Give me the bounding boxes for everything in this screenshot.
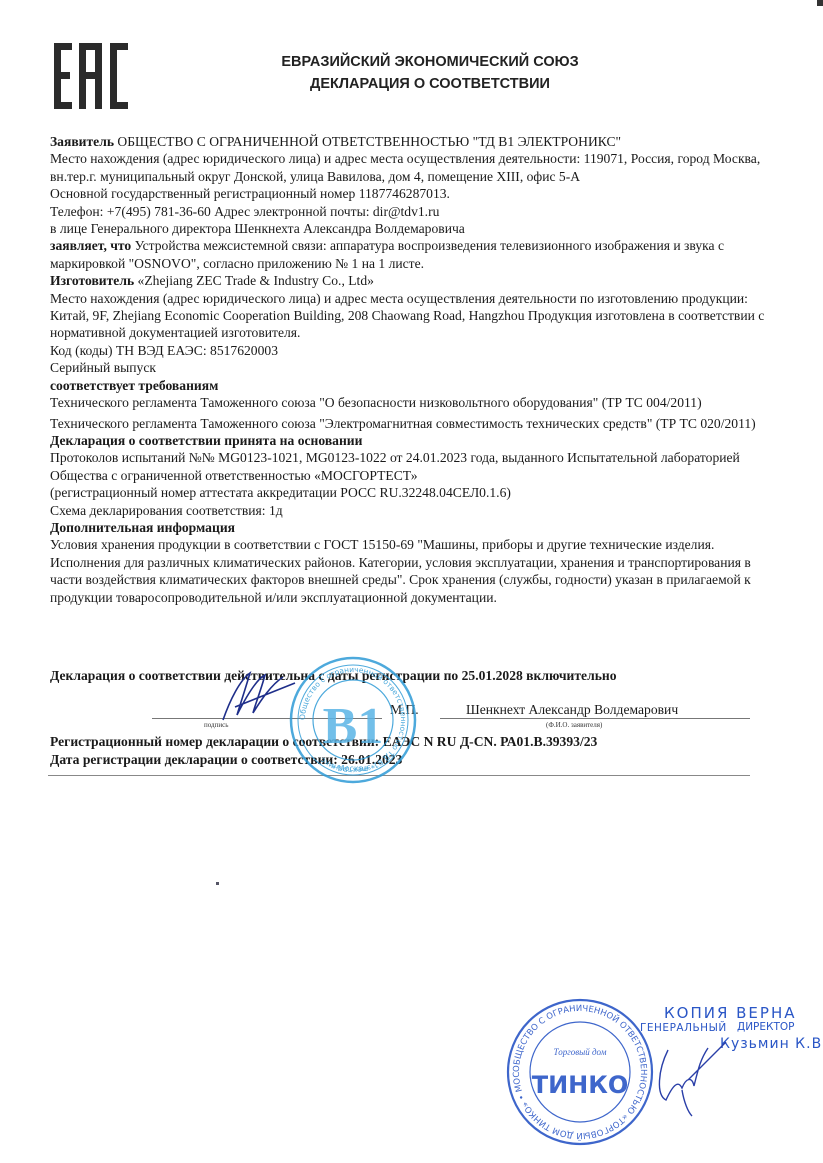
svg-text:B1: B1 [323,698,384,755]
basis-scheme: Схема декларирования соответствия: 1д [50,502,770,519]
basis-protocols: Протоколов испытаний №№ MG0123-1021, MG0… [50,449,770,484]
scan-corner-mark [817,0,823,6]
manufacturer-name: «Zhejiang ZEC Trade & Industry Co., Ltd» [134,273,374,288]
scan-speck [216,882,219,885]
general-label: ГЕНЕРАЛЬНЫЙ [640,1022,727,1034]
declares-line: заявляет, что Устройства межсистемной св… [50,237,770,272]
applicant-name: ОБЩЕСТВО С ОГРАНИЧЕННОЙ ОТВЕТСТВЕННОСТЬЮ… [114,134,621,149]
applicant-line: Заявитель ОБЩЕСТВО С ОГРАНИЧЕННОЙ ОТВЕТС… [50,133,770,150]
signer-caption: (Ф.И.О. заявителя) [546,721,602,729]
basis-accreditation: (регистрационный номер аттестата аккреди… [50,484,770,501]
applicant-representative: в лице Генерального директора Шенкнехта … [50,220,770,237]
applicant-ogrn: Основной государственный регистрационный… [50,185,770,202]
svg-text:Торговый дом: Торговый дом [554,1047,607,1057]
header-union-title: ЕВРАЗИЙСКИЙ ЭКОНОМИЧЕСКИЙ СОЮЗ [230,51,630,73]
manufacturer-label: Изготовитель [50,273,134,288]
additional-label: Дополнительная информация [50,519,770,536]
director-signature-icon [648,1040,728,1120]
applicant-contacts: Телефон: +7(495) 781-36-60 Адрес электро… [50,203,770,220]
document-header: ЕВРАЗИЙСКИЙ ЭКОНОМИЧЕСКИЙ СОЮЗ ДЕКЛАРАЦИ… [230,51,630,95]
requirement-item: Технического регламента Таможенного союз… [50,415,770,432]
signer-name-line [440,718,750,719]
declaration-body: Заявитель ОБЩЕСТВО С ОГРАНИЧЕННОЙ ОТВЕТС… [50,133,770,606]
svg-text:* Москва *: * Москва * [331,764,375,773]
additional-text: Условия хранения продукции в соответстви… [50,536,770,606]
declares-text: Устройства межсистемной связи: аппаратур… [50,238,724,270]
signer-name: Шенкнехт Александр Волдемарович [466,702,678,718]
b1-company-seal-icon: Общество с ограниченной ответственностью… [288,655,418,785]
applicant-address: Место нахождения (адрес юридического лиц… [50,150,770,185]
tinko-company-seal-icon: ОБЩЕСТВО С ОГРАНИЧЕННОЙ ОТВЕТСТВЕННОСТЬЮ… [505,997,655,1147]
declaration-page: ЕВРАЗИЙСКИЙ ЭКОНОМИЧЕСКИЙ СОЮЗ ДЕКЛАРАЦИ… [0,0,823,1163]
production-type: Серийный выпуск [50,359,770,376]
requirements-label: соответствует требованиям [50,377,770,394]
eac-logo-icon [54,43,128,109]
director-label: ДИРЕКТОР [737,1021,795,1033]
header-doc-title: ДЕКЛАРАЦИЯ О СООТВЕТСТВИИ [230,73,630,95]
requirement-item: Технического регламента Таможенного союз… [50,394,770,411]
manufacturer-line: Изготовитель «Zhejiang ZEC Trade & Indus… [50,272,770,289]
applicant-label: Заявитель [50,134,114,149]
basis-label: Декларация о соответствии принята на осн… [50,432,770,449]
copy-verified-label: КОПИЯ ВЕРНА [664,1004,797,1022]
svg-text:ТИНКО: ТИНКО [532,1071,629,1099]
director-name: Кузьмин К.В. [720,1036,823,1052]
declares-label: заявляет, что [50,238,131,253]
hs-code: Код (коды) ТН ВЭД ЕАЭС: 8517620003 [50,342,770,359]
manufacturer-address: Место нахождения (адрес юридического лиц… [50,290,770,342]
